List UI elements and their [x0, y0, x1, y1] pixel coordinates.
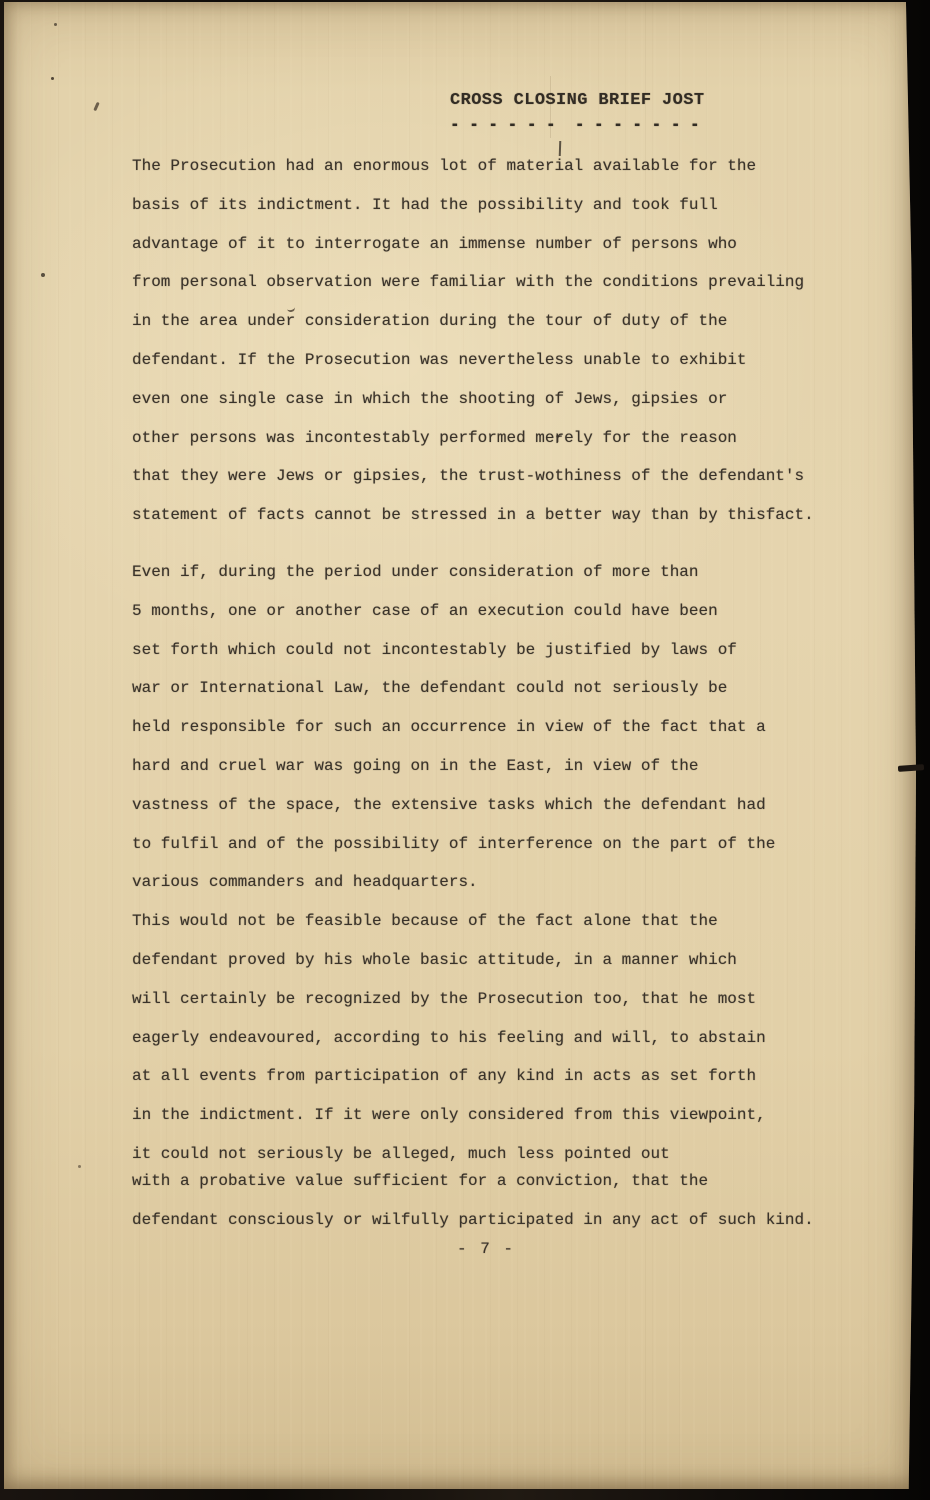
text-line: at all events from participation of any …	[132, 1057, 844, 1096]
text-line: various commanders and headquarters.	[132, 863, 844, 902]
line-segment: thiness of the defendant's	[554, 467, 804, 485]
scanned-document-background: CROSS CLOSING BRIEF JOST - - - - - - - -…	[0, 0, 930, 1500]
text-line: from personal observation were familiar …	[132, 263, 844, 302]
ink-speck	[93, 102, 99, 111]
text-line: eagerly endeavoured, according to his fe…	[132, 1019, 844, 1058]
text-line: set forth which could not incontestably …	[132, 631, 844, 670]
text-line: with a probative value sufficient for a …	[132, 1162, 844, 1201]
text-line: hard and cruel war was going on in the E…	[132, 747, 844, 786]
ink-speck	[41, 273, 45, 277]
text-line: Even if, during the period under conside…	[132, 553, 844, 592]
document-page: CROSS CLOSING BRIEF JOST - - - - - - - -…	[4, 2, 916, 1489]
text-line: advantage of it to interrogate an immens…	[132, 225, 844, 264]
text-line: This would not be feasible because of th…	[132, 902, 844, 941]
paragraph: Even if, during the period under conside…	[132, 553, 844, 902]
text-line: defendant consciously or wilfully partic…	[132, 1201, 844, 1240]
ink-speck	[78, 1165, 81, 1168]
text-line: other persons was incontestably performe…	[132, 419, 844, 458]
superscript-r: r	[554, 433, 562, 447]
document-header: CROSS CLOSING BRIEF JOST - - - - - - - -…	[450, 92, 704, 133]
text-line: in the area under consideration during t…	[132, 302, 844, 341]
document-body: The Prosecution had an enormous lot of m…	[132, 147, 844, 1239]
text-line: 5 months, one or another case of an exec…	[132, 592, 844, 631]
ink-speck	[54, 23, 57, 26]
text-line: defendant proved by his whole basic atti…	[132, 941, 844, 980]
page-number: - 7 -	[457, 1240, 515, 1258]
text-line: war or International Law, the defendant …	[132, 669, 844, 708]
text-line: held responsible for such an occurrence …	[132, 708, 844, 747]
text-line: vastness of the space, the extensive tas…	[132, 786, 844, 825]
text-line-with-correction: that they were Jews or gipsies, the trus…	[132, 457, 844, 496]
text-line: basis of its indictment. It had the poss…	[132, 186, 844, 225]
text-line: statement of facts cannot be stressed in…	[132, 496, 844, 535]
ink-speck	[51, 77, 54, 80]
page-title: CROSS CLOSING BRIEF JOST	[450, 92, 704, 109]
title-underline: - - - - - - - - - - - - -	[450, 115, 704, 135]
text-line: to fulfil and of the possibility of inte…	[132, 825, 844, 864]
text-line: will certainly be recognized by the Pros…	[132, 980, 844, 1019]
paragraph: This would not be feasible because of th…	[132, 902, 844, 1239]
text-line: defendant. If the Prosecution was nevert…	[132, 341, 844, 380]
text-line: The Prosecution had an enormous lot of m…	[132, 147, 844, 186]
line-segment: that they were Jews or gipsies, the trus…	[132, 467, 554, 485]
typed-correction: rthiness of the defendant's	[554, 467, 804, 485]
text-line: even one single case in which the shooti…	[132, 380, 844, 419]
paragraph: The Prosecution had an enormous lot of m…	[132, 147, 844, 535]
text-line: in the indictment. If it were only consi…	[132, 1096, 844, 1135]
